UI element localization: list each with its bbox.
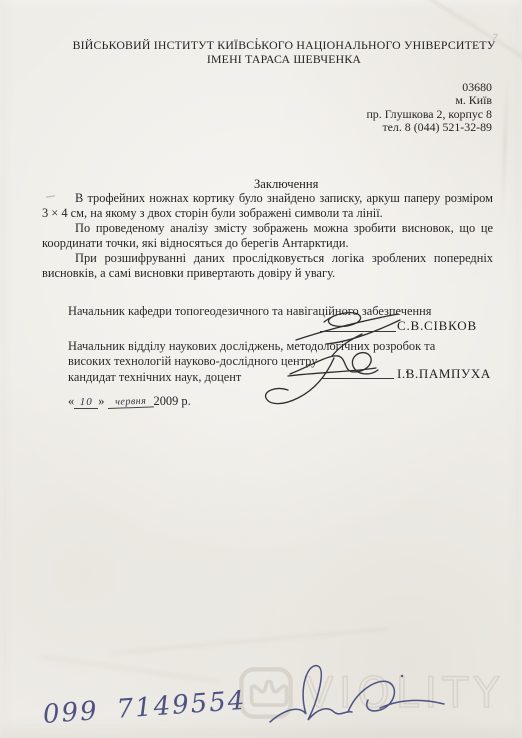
- handwritten-signature-blue: [252, 650, 452, 738]
- close-quote: »: [98, 394, 104, 408]
- scanned-document-page: 7 ’ ВІЙСЬКОВИЙ ІНСТИТУТ КИЇВСЬКОГО НАЦІО…: [0, 0, 522, 738]
- street-address: пр. Глушкова 2, корпус 8: [366, 108, 492, 121]
- signatory-2-name: І.В.ПАМПУХА: [397, 366, 491, 382]
- address-block: 03680 м. Київ пр. Глушкова 2, корпус 8 т…: [366, 81, 492, 135]
- letterhead: ВІЙСЬКОВИЙ ІНСТИТУТ КИЇВСЬКОГО НАЦІОНАЛЬ…: [64, 39, 504, 66]
- year-suffix: 2009 р.: [154, 394, 191, 408]
- phone-number: тел. 8 (044) 521-32-89: [366, 121, 492, 134]
- paragraph-1: В трофейних ножнах кортику було знайдено…: [42, 191, 493, 221]
- handwritten-phone: 099 7149554: [42, 686, 247, 730]
- letterhead-line2: ІМЕНІ ТАРАСА ШЕВЧЕНКА: [64, 53, 504, 67]
- paragraph-3: При розшифруванні даних прослідковується…: [42, 251, 493, 281]
- date-line: «10» червня2009 р.: [68, 394, 191, 409]
- letterhead-line1: ВІЙСЬКОВИЙ ІНСТИТУТ КИЇВСЬКОГО НАЦІОНАЛЬ…: [64, 39, 504, 53]
- paragraph-2: По проведеному аналізу змісту зображень …: [42, 221, 493, 251]
- document-body: В трофейних ножнах кортику було знайдено…: [42, 191, 493, 282]
- postal-code: 03680: [366, 81, 492, 94]
- document-title: Заключення: [254, 177, 318, 192]
- handwritten-month: червня: [107, 395, 153, 409]
- paper-crease-bottom-left: [41, 655, 220, 682]
- handwritten-day: 10: [74, 396, 98, 409]
- paper-crease-right: [501, 70, 508, 220]
- city: м. Київ: [366, 94, 492, 107]
